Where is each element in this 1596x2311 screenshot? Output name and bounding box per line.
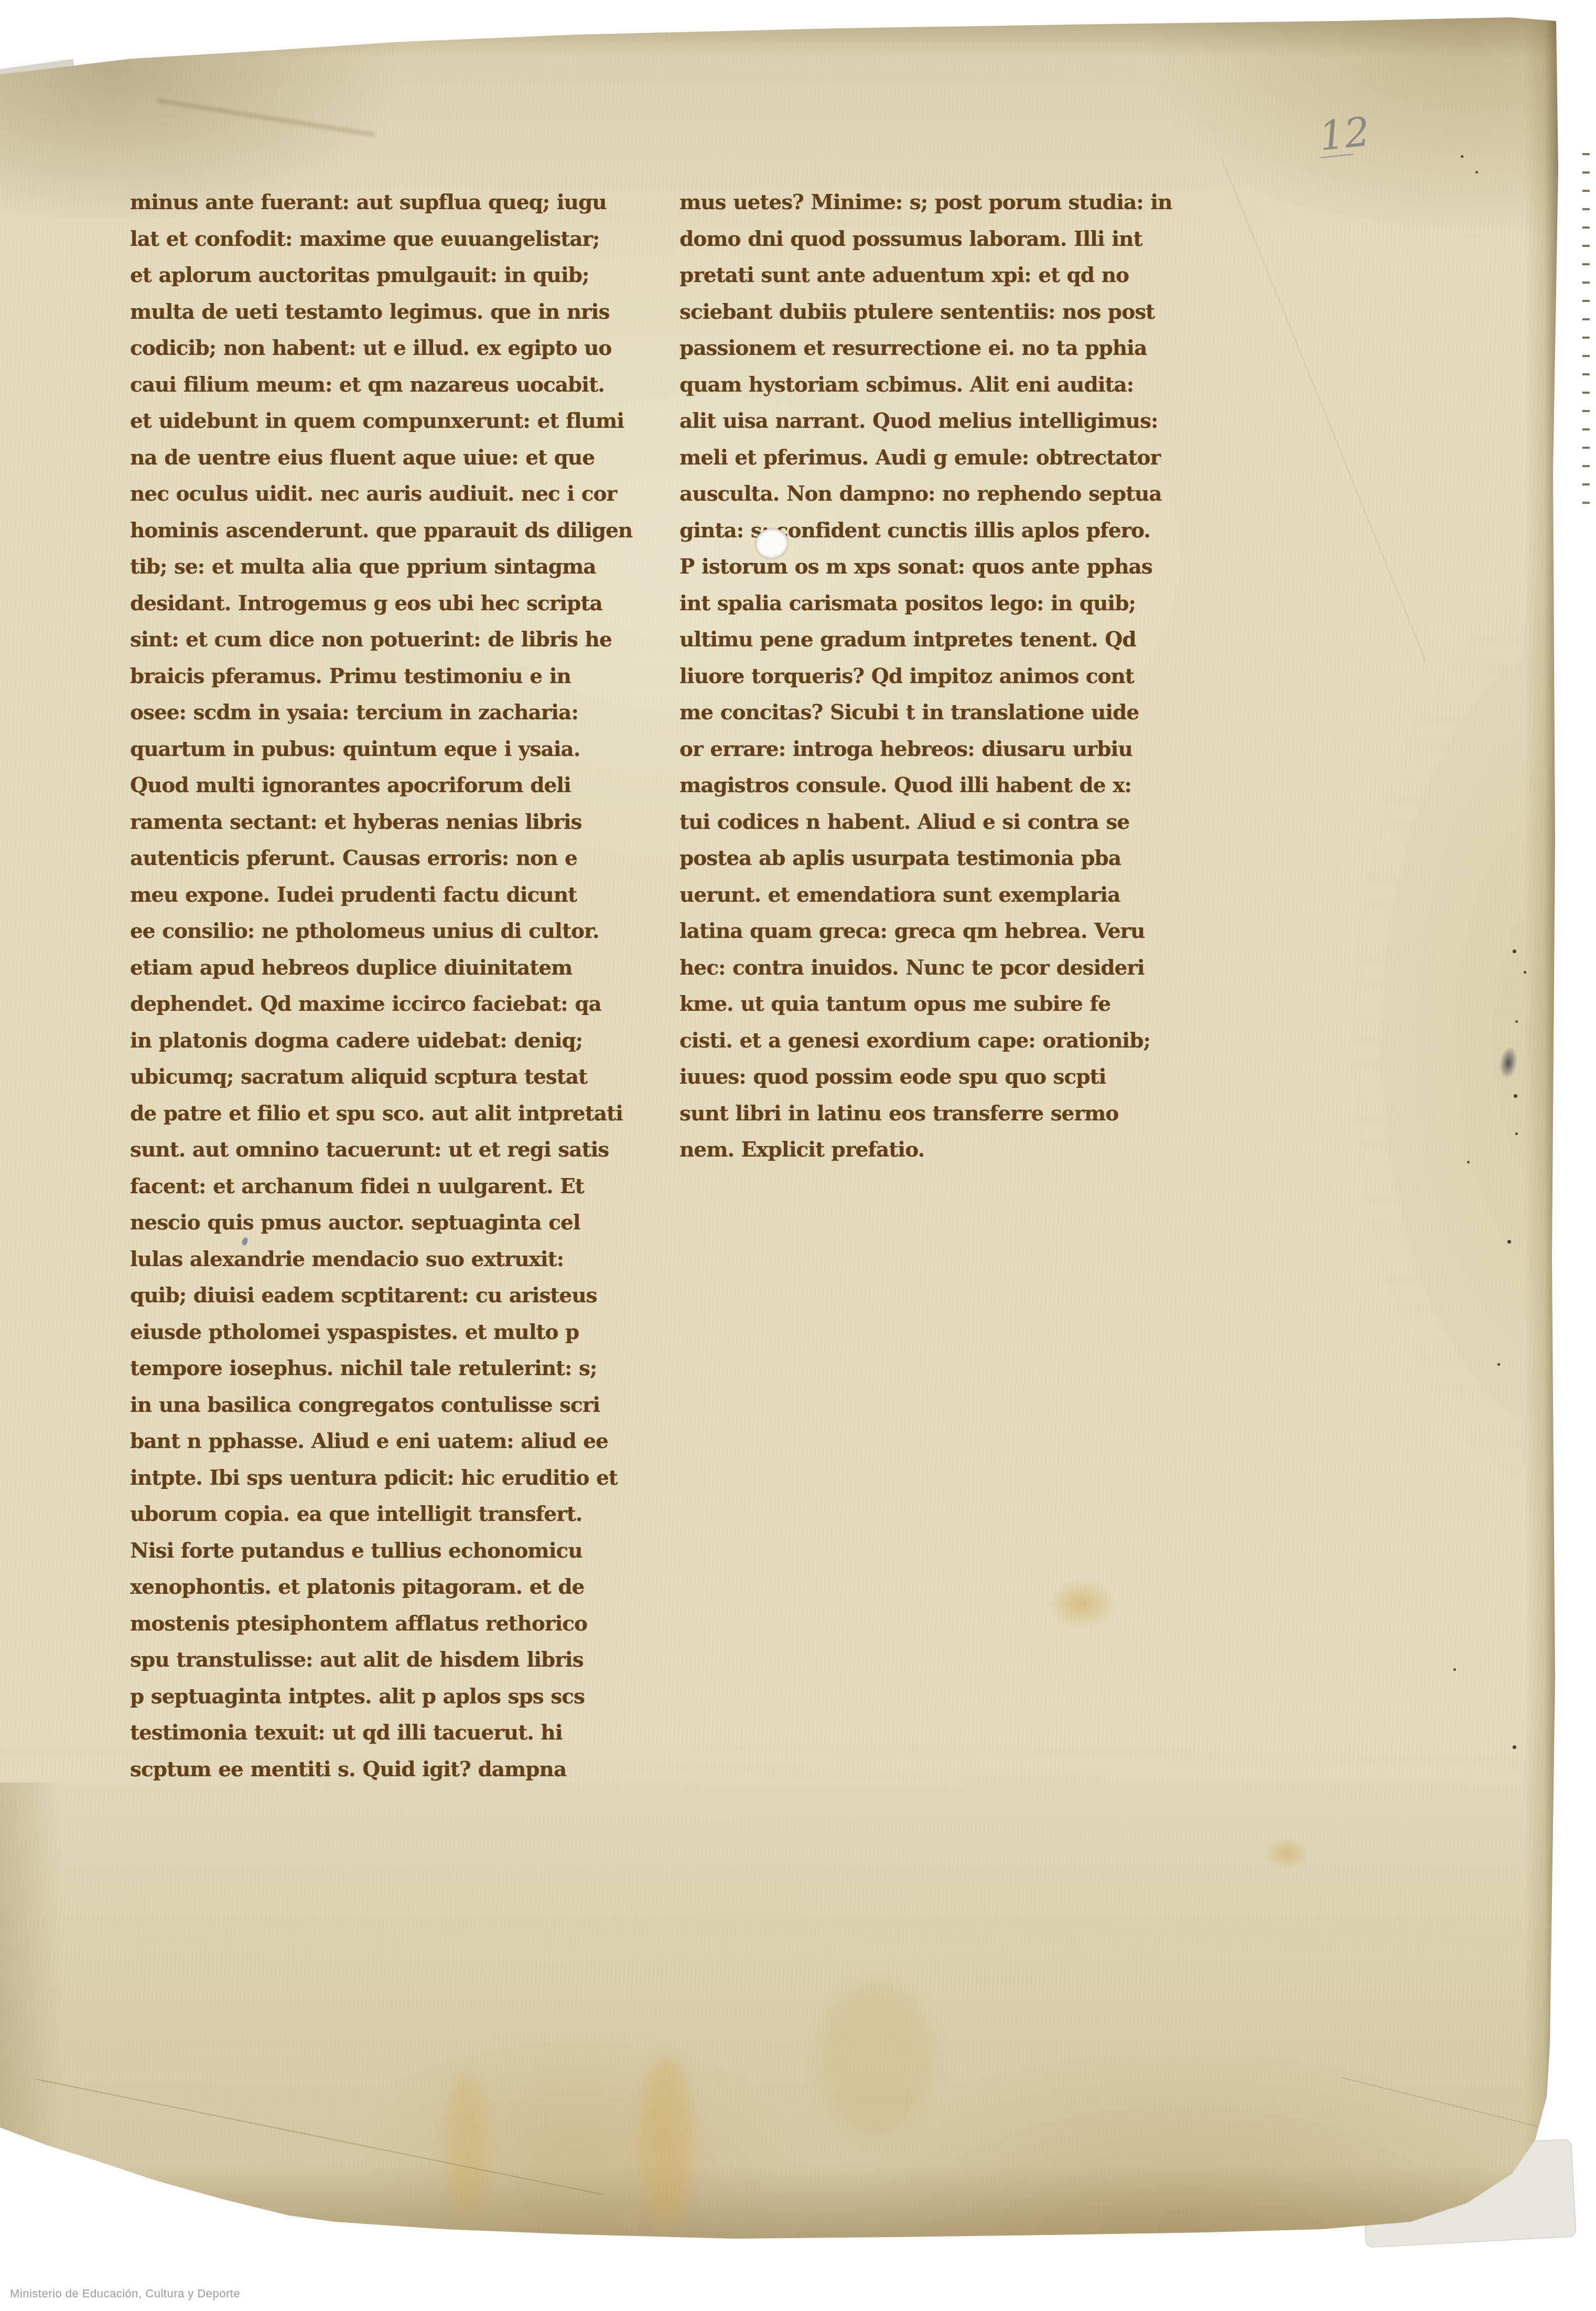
text-line: intpte. Ibi sps uentura pdicit: hic erud… [130,1460,612,1497]
text-line: Quod multi ignorantes apocriforum deli [130,768,612,804]
text-line: minus ante fuerant: aut supflua queq; iu… [130,185,612,221]
text-line: lulas alexandrie mendacio suo extruxit: [130,1241,612,1278]
text-line: multa de ueti testamto legimus. que in n… [130,294,612,331]
text-line: xenophontis. et platonis pitagoram. et d… [130,1569,612,1606]
ink-smudge [1493,1039,1524,1087]
text-line: int spalia carismata positos lego: in qu… [680,586,1162,622]
text-line: tui codices n habent. Aliud e si contra … [680,804,1162,841]
text-line: latina quam greca: greca qm hebrea. Veru [680,913,1162,950]
text-line: nec oculus uidit. nec auris audiuit. nec… [130,476,612,513]
folio-number: 12 [1317,107,1368,161]
text-line: caui filium meum: et qm nazareus uocabit… [130,367,612,404]
text-line: tib; se: et multa alia que pprium sintag… [130,549,612,586]
crease-line [1342,2077,1538,2127]
stain-drip [447,2071,486,2218]
crease-smudge [157,99,375,137]
text-line: bant n pphasse. Aliud e eni uatem: aliud… [130,1423,612,1460]
text-line: ee consilio: ne ptholomeus unius di cult… [130,913,612,950]
worm-holes [0,0,3,3]
text-line: quartum in pubus: quintum eque i ysaia. [130,731,612,768]
text-column-right: mus uetes? Minime: s; post porum studia:… [680,185,1162,1169]
text-line: meli et pferimus. Audi g emule: obtrecta… [680,440,1162,477]
text-line: scptum ee mentiti s. Quid igit? dampna [130,1752,612,1788]
text-line: ubicumq; sacratum aliquid scptura testat [130,1059,612,1096]
text-column-left: minus ante fuerant: aut supflua queq; iu… [130,185,612,1788]
parchment-top-edge-shading [0,10,1596,58]
parchment-left-edge-shading [0,1783,63,2160]
text-line: ramenta sectant: et hyberas nenias libri… [130,804,612,841]
text-line: et aplorum auctoritas pmulgauit: in quib… [130,257,612,294]
text-line: meu expone. Iudei prudenti factu dicunt [130,877,612,914]
stain-drip [641,2055,691,2228]
text-line: desidant. Introgemus g eos ubi hec scrip… [130,586,612,622]
text-line: passionem et resurrectione ei. no ta pph… [680,330,1162,367]
text-line: et uidebunt in quem compunxerunt: et flu… [130,403,612,440]
text-line: nem. Explicit prefatio. [680,1132,1162,1169]
text-line: quib; diuisi eadem scptitarent: cu arist… [130,1278,612,1314]
text-line: sciebant dubiis ptulere sententiis: nos … [680,294,1162,331]
parchment-right-edge-shading [1524,10,1558,2170]
footer-label: Ministerio de Educación, Cultura y Depor… [10,2287,240,2301]
text-line: liuore torqueris? Qd impitoz animos cont [680,658,1162,695]
text-line: quam hystoriam scbimus. Alit eni audita: [680,367,1162,404]
text-line: or errare: introga hebreos: diusaru urbi… [680,731,1162,768]
text-line: sunt. aut omnino tacuerunt: ut et regi s… [130,1132,612,1169]
text-line: uborum copia. ea que intelligit transfer… [130,1496,612,1533]
text-line: braicis pferamus. Primu testimoniu e in [130,658,612,695]
text-line: spu transtulisse: aut alit de hisdem lib… [130,1642,612,1679]
text-line: kme. ut quia tantum opus me subire fe [680,986,1162,1023]
text-line: magistros consule. Quod illi habent de x… [680,768,1162,804]
text-line: sint: et cum dice non potuerint: de libr… [130,622,612,658]
text-line: pretati sunt ante aduentum xpi: et qd no [680,257,1162,294]
crease-line [1221,157,1426,661]
page-background: minus ante fuerant: aut supflua queq; iu… [0,0,1596,2311]
stain-patch [818,1982,933,2139]
text-line: in platonis dogma cadere uidebat: deniq; [130,1023,612,1060]
text-line: autenticis pferunt. Causas erroris: non … [130,840,612,877]
text-line: p septuaginta intptes. alit p aplos sps … [130,1679,612,1715]
text-line: hec: contra inuidos. Nunc te pcor deside… [680,950,1162,987]
text-line: iuues: quod possim eode spu quo scpti [680,1059,1162,1096]
text-line: nescio quis pmus auctor. septuaginta cel [130,1205,612,1241]
text-line: sunt libri in latinu eos transferre serm… [680,1096,1162,1132]
text-line: na de uentre eius fluent aque uiue: et q… [130,440,612,477]
parchment-page: minus ante fuerant: aut supflua queq; iu… [0,0,1596,2311]
parchment-bottom-edge-shading [0,2165,1596,2241]
text-line: P istorum os m xps sonat: quos ante ppha… [680,549,1162,586]
text-line: etiam apud hebreos duplice diuinitatem [130,950,612,987]
pricking-marks [1582,153,1590,504]
text-line: dephendet. Qd maxime iccirco faciebat: q… [130,986,612,1023]
text-line: in una basilica congregatos contulisse s… [130,1387,612,1424]
text-line: codicib; non habent: ut e illud. ex egip… [130,330,612,367]
text-line: alit uisa narrant. Quod melius intelligi… [680,403,1162,440]
text-line: mus uetes? Minime: s; post porum studia:… [680,185,1162,221]
text-line: eiusde ptholomei yspaspistes. et multo p [130,1314,612,1351]
text-line: uerunt. et emendatiora sunt exemplaria [680,877,1162,914]
text-line: testimonia texuit: ut qd illi tacuerut. … [130,1715,612,1752]
text-line: ausculta. Non dampno: no rephendo septua [680,476,1162,513]
text-line: de patre et filio et spu sco. aut alit i… [130,1096,612,1132]
text-line: ginta: s; confident cunctis illis aplos … [680,513,1162,549]
text-line: tempore iosephus. nichil tale retulerint… [130,1351,612,1387]
text-line: mostenis ptesiphontem afflatus rethorico [130,1606,612,1643]
text-line: lat et confodit: maxime que euuangelista… [130,221,612,258]
text-line: me concitas? Sicubi t in translatione ui… [680,695,1162,731]
text-line: osee: scdm in ysaia: tercium in zacharia… [130,695,612,731]
text-line: postea ab aplis usurpata testimonia pba [680,840,1162,877]
text-line: facent: et archanum fidei n uulgarent. E… [130,1169,612,1205]
text-line: Nisi forte putandus e tullius echonomicu [130,1533,612,1570]
text-line: hominis ascenderunt. que pparauit ds dil… [130,513,612,549]
text-line: ultimu pene gradum intpretes tenent. Qd [680,622,1162,658]
text-line: cisti. et a genesi exordium cape: oratio… [680,1023,1162,1060]
text-line: domo dni quod possumus laboram. Illi int [680,221,1162,258]
